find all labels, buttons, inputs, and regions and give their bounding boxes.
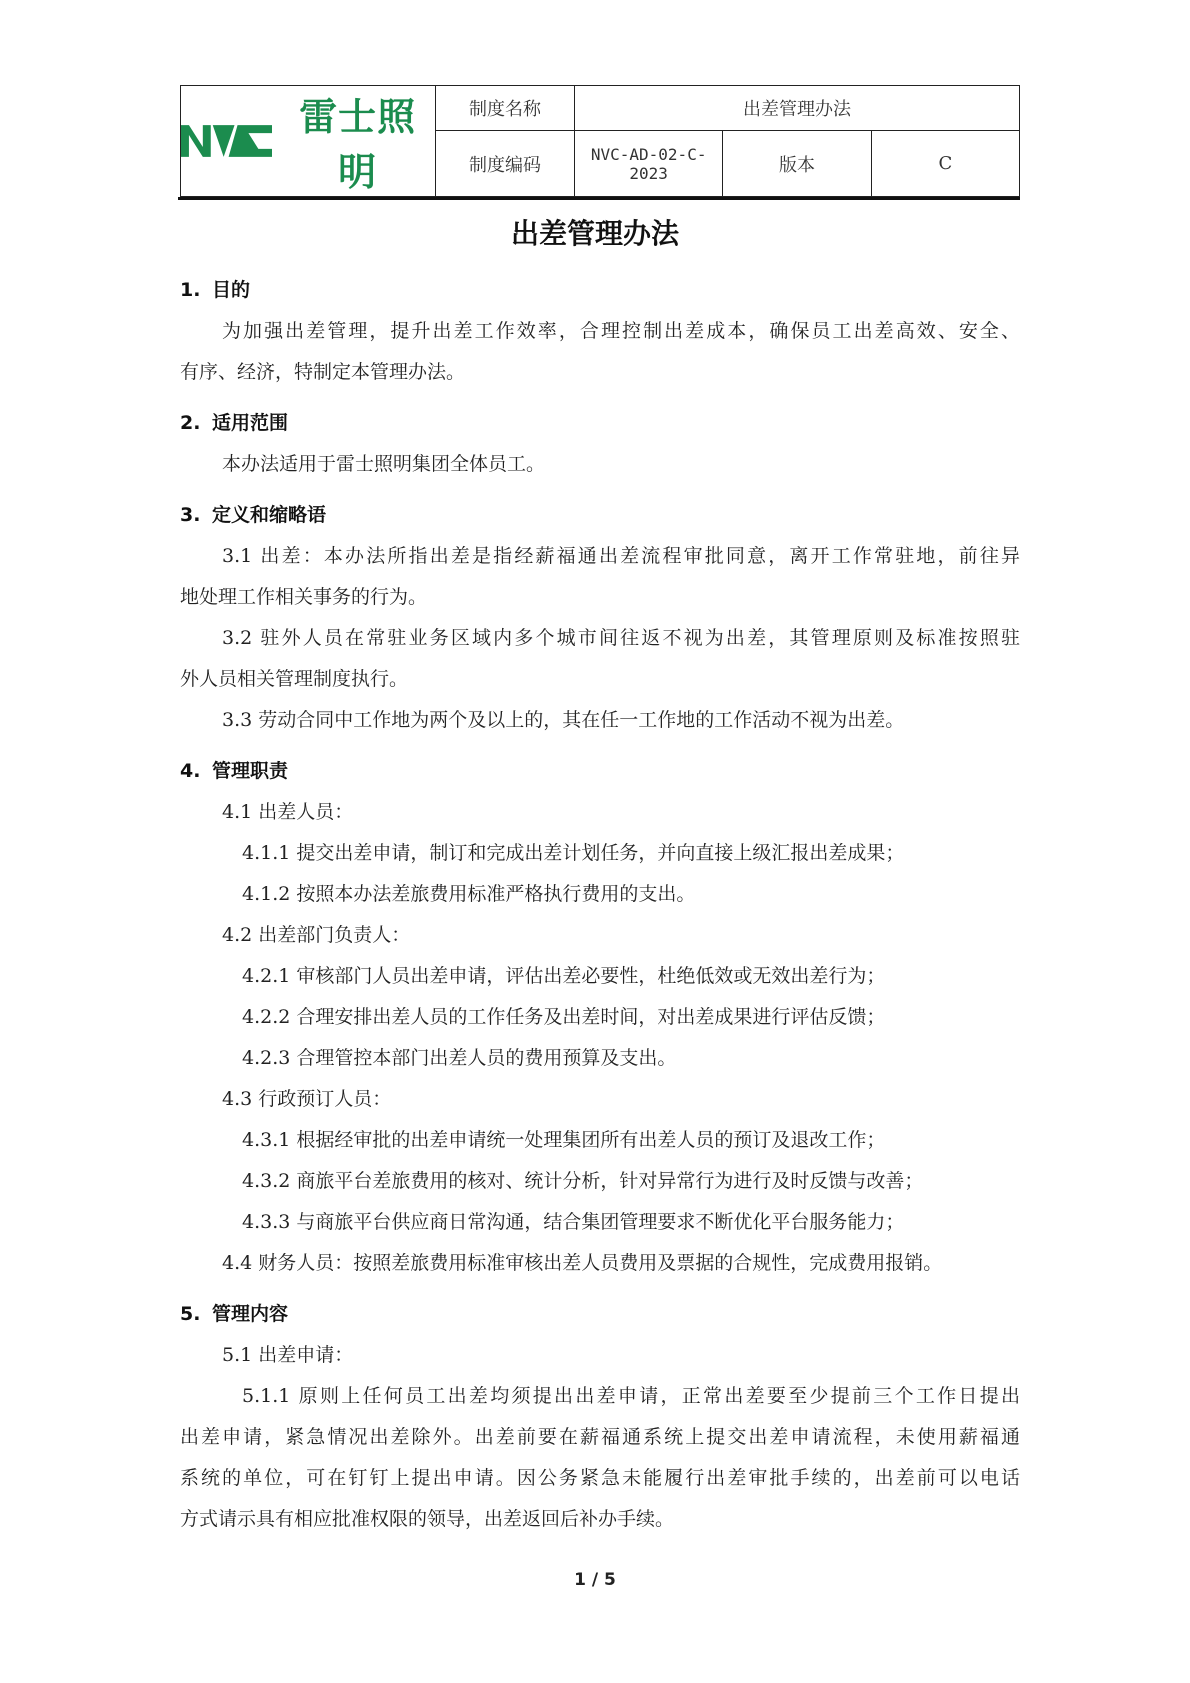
paragraph-line: 出差申请，紧急情况出差除外。出差前要在薪福通系统上提交出差申请流程，未使用薪福通 [180,1417,1020,1458]
name-value: 出差管理办法 [575,86,1020,131]
company-name: 雷士照明 [280,86,435,196]
logo-cell: 雷士照明 [181,86,436,197]
code-value: NVC-AD-02-C-2023 [575,131,723,197]
subsection-line: 4.3 行政预订人员： [180,1079,1020,1120]
item-line: 4.2.1 审核部门人员出差申请，评估出差必要性，杜绝低效或无效出差行为； [180,956,1020,997]
paragraph-line: 地处理工作相关事务的行为。 [180,577,1020,618]
item-line: 4.1.2 按照本办法差旅费用标准严格执行费用的支出。 [180,874,1020,915]
item-line: 4.2.2 合理安排出差人员的工作任务及出差时间，对出差成果进行评估反馈； [180,997,1020,1038]
name-label: 制度名称 [436,86,575,131]
item-line: 4.1.1 提交出差申请，制订和完成出差计划任务，并向直接上级汇报出差成果； [180,833,1020,874]
company-logo: 雷士照明 [181,86,435,196]
paragraph-line: 为加强出差管理，提升出差工作效率，合理控制出差成本，确保员工出差高效、安全、 [180,311,1020,352]
version-label: 版本 [723,131,871,197]
subsection-line: 4.2 出差部门负责人： [180,915,1020,956]
section-heading: 5.管理内容 [180,1294,1020,1335]
section-heading: 4.管理职责 [180,751,1020,792]
subsection-line: 5.1 出差申请： [180,1335,1020,1376]
document-body: 1.目的 为加强出差管理，提升出差工作效率，合理控制出差成本，确保员工出差高效、… [180,270,1020,1540]
code-label: 制度编码 [436,131,575,197]
paragraph-line: 有序、经济，特制定本管理办法。 [180,352,1020,393]
page-indicator: 1 / 5 [0,1570,1190,1590]
paragraph-line: 外人员相关管理制度执行。 [180,659,1020,700]
nvc-logo-icon [181,121,272,161]
subsection-line: 4.1 出差人员： [180,792,1020,833]
document-title: 出差管理办法 [0,212,1190,252]
item-line: 4.3.1 根据经审批的出差申请统一处理集团所有出差人员的预订及退改工作； [180,1120,1020,1161]
paragraph-line: 本办法适用于雷士照明集团全体员工。 [180,444,1020,485]
item-line: 4.3.2 商旅平台差旅费用的核对、统计分析，针对异常行为进行及时反馈与改善； [180,1161,1020,1202]
paragraph-line: 3.1 出差：本办法所指出差是指经薪福通出差流程审批同意，离开工作常驻地，前往异 [180,536,1020,577]
paragraph-line: 3.2 驻外人员在常驻业务区域内多个城市间往返不视为出差，其管理原则及标准按照驻 [180,618,1020,659]
section-heading: 2.适用范围 [180,403,1020,444]
paragraph-line: 系统的单位，可在钉钉上提出申请。因公务紧急未能履行出差审批手续的，出差前可以电话 [180,1458,1020,1499]
version-value: C [871,131,1019,197]
header-divider [178,197,1020,200]
section-heading: 3.定义和缩略语 [180,495,1020,536]
item-line: 4.3.3 与商旅平台供应商日常沟通，结合集团管理要求不断优化平台服务能力； [180,1202,1020,1243]
document-header-table: 雷士照明 制度名称 出差管理办法 制度编码 NVC-AD-02-C-2023 版… [180,85,1020,197]
paragraph-line: 5.1.1 原则上任何员工出差均须提出出差申请，正常出差要至少提前三个工作日提出 [180,1376,1020,1417]
paragraph-line: 3.3 劳动合同中工作地为两个及以上的，其在任一工作地的工作活动不视为出差。 [180,700,1020,741]
section-heading: 1.目的 [180,270,1020,311]
paragraph-line: 方式请示具有相应批准权限的领导，出差返回后补办手续。 [180,1499,1020,1540]
subsection-line: 4.4 财务人员：按照差旅费用标准审核出差人员费用及票据的合规性，完成费用报销。 [180,1243,1020,1284]
item-line: 4.2.3 合理管控本部门出差人员的费用预算及支出。 [180,1038,1020,1079]
